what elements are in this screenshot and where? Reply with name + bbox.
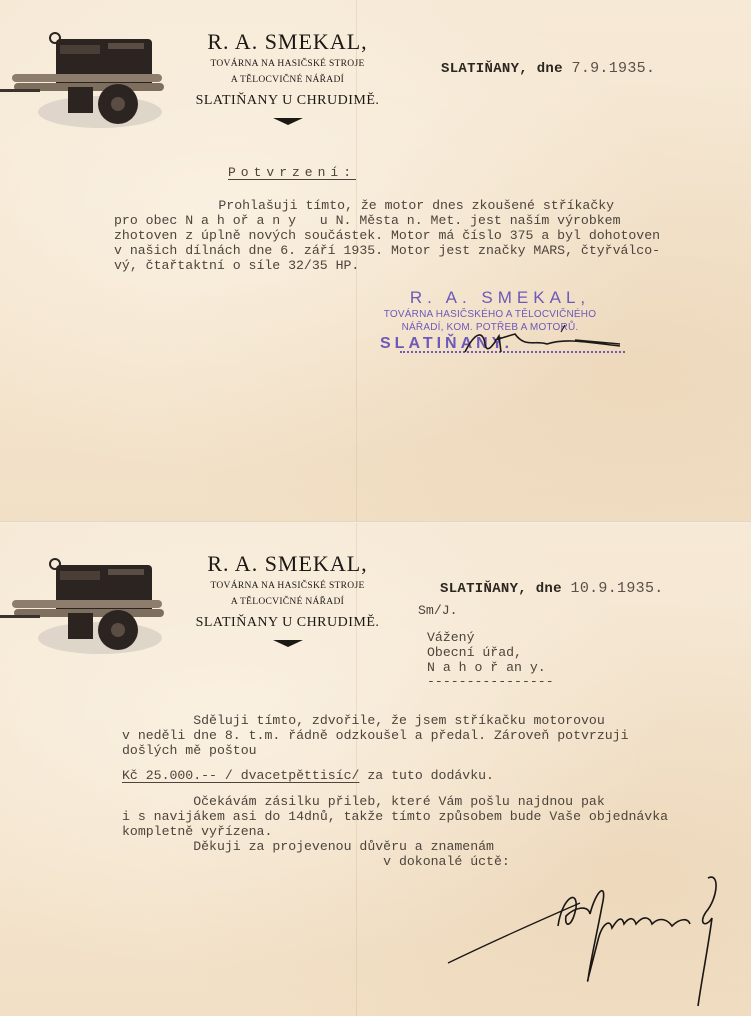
body-line-2: pro obec N a h oř a n y u N. Města n. Me… <box>114 214 620 229</box>
letterhead-ornament-arrow-icon <box>273 640 303 647</box>
recipient-line-1: Vážený <box>427 631 474 646</box>
body-line-4: v našich dílnách dne 6. září 1935. Motor… <box>114 244 660 259</box>
date-line: SLATIŇANY, dne 7.9.1935. <box>441 62 655 77</box>
letter-sheet-1: R. A. SMEKAL, TOVÁRNA NA HASIČSKÉ STROJE… <box>0 0 751 522</box>
letterhead-ornament-arrow-icon <box>273 118 303 125</box>
body-line-2: v neděli dne 8. t.m. řádně odzkoušel a p… <box>122 729 628 744</box>
date-value: 7.9.1935. <box>572 60 656 77</box>
body2-line-3: kompletně vyřízena. <box>122 825 272 840</box>
fire-pump-trailer-illustration <box>0 12 175 132</box>
company-city: SLATIŇANY U CHRUDIMĚ. <box>180 612 395 634</box>
body-line-1: Prohlašuji tímto, že motor dnes zkoušené… <box>163 199 614 214</box>
signature-1 <box>455 322 635 362</box>
reference-code: Sm/J. <box>418 604 458 619</box>
letterhead: R. A. SMEKAL, TOVÁRNA NA HASIČSKÉ STROJE… <box>180 28 395 125</box>
document-heading: Potvrzení: <box>228 166 356 181</box>
company-tagline-2: A TĚLOCVIČNÉ NÁŘADÍ <box>180 594 395 610</box>
recipient-underline: ---------------- <box>427 675 554 690</box>
signature-2 <box>440 868 740 1008</box>
body-line-3: došlých mě poštou <box>122 744 257 759</box>
letter-sheet-2: R. A. SMEKAL, TOVÁRNA NA HASIČSKÉ STROJE… <box>0 523 751 1016</box>
company-name: R. A. SMEKAL, <box>180 28 395 56</box>
company-tagline-2: A TĚLOCVIČNÉ NÁŘADÍ <box>180 72 395 88</box>
body-line-3: zhotoven z úplně nových součástek. Motor… <box>114 229 660 244</box>
amount-value: Kč 25.000.-- / dvacetpěttisíc/ <box>122 768 359 783</box>
body2-line-1: Očekávám zásilku přileb, které Vám pošlu… <box>122 795 605 810</box>
body-line-5: vý, čtařtaktní o síle 32/35 HP. <box>114 259 359 274</box>
company-city: SLATIŇANY U CHRUDIMĚ. <box>180 90 395 112</box>
body-line-1: Sděluji tímto, zdvořile, že jsem stříkač… <box>122 714 605 729</box>
company-tagline-1: TOVÁRNA NA HASIČSKÉ STROJE <box>180 578 395 594</box>
date-value: 10.9.1935. <box>571 580 664 597</box>
body2-line-2: i s navijákem asi do 14dnů, takže tímto … <box>122 810 668 825</box>
date-line: SLATIŇANY, dne 10.9.1935. <box>440 582 664 597</box>
letterhead: R. A. SMEKAL, TOVÁRNA NA HASIČSKÉ STROJE… <box>180 550 395 647</box>
recipient-line-2: Obecní úřad, <box>427 646 522 661</box>
body2-line-4: Děkuji za projevenou důvěru a znamenám <box>122 840 494 855</box>
company-tagline-1: TOVÁRNA NA HASIČSKÉ STROJE <box>180 56 395 72</box>
amount-line: Kč 25.000.-- / dvacetpěttisíc/ za tuto d… <box>122 769 494 784</box>
fire-pump-trailer-illustration <box>0 538 175 658</box>
company-name: R. A. SMEKAL, <box>180 550 395 578</box>
